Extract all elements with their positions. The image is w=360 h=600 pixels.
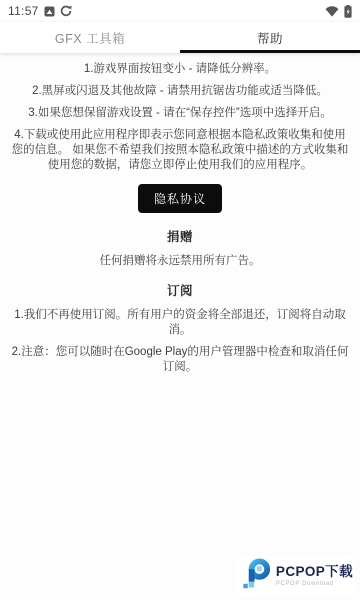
help-item-3: 3.如果您想保留游戏设置 - 请在“保存控件”选项中选择开启。 [10, 106, 350, 121]
tab-help-label: 帮助 [257, 29, 283, 47]
subscription-item-1: 1.我们不再使用订阅。所有用户的资金将全部退还，订阅将自动取消。 [10, 308, 350, 338]
active-tab-indicator [180, 50, 360, 53]
wifi-icon [325, 6, 339, 17]
watermark-subtitle: PCPOP Download [276, 581, 353, 587]
privacy-policy-button[interactable]: 隐私协议 [138, 184, 222, 213]
clock-text: 11:57 [8, 4, 39, 18]
battery-charging-icon [344, 5, 352, 18]
app-screen: 11:57 GFX 工具箱 帮助 1.游戏界面按钮变小 - [0, 0, 360, 600]
tab-bar: GFX 工具箱 帮助 [0, 22, 360, 53]
pcpop-logo-icon [240, 557, 273, 595]
data-saver-icon [60, 5, 72, 17]
status-bar-right [325, 5, 352, 18]
help-item-2: 2.黑屏或闪退及其他故障 - 请禁用抗锯齿功能或适当降低。 [10, 84, 350, 99]
help-content: 1.游戏界面按钮变小 - 请降低分辨率。 2.黑屏或闪退及其他故障 - 请禁用抗… [0, 53, 360, 375]
subscription-title: 订阅 [10, 281, 350, 299]
status-bar-left: 11:57 [8, 4, 72, 18]
screenshot-notification-icon [44, 6, 55, 17]
tab-gfx-toolbox[interactable]: GFX 工具箱 [0, 22, 180, 53]
tab-help[interactable]: 帮助 [180, 22, 360, 53]
help-item-4: 4.下载或使用此应用程序即表示您同意根据本隐私政策收集和使用您的信息。 如果您不… [10, 128, 350, 173]
donation-body: 任何捐赠将永远禁用所有广告。 [10, 254, 350, 269]
privacy-button-row: 隐私协议 [10, 184, 350, 213]
watermark-title: PCPOP下载 [276, 565, 353, 579]
subscription-item-2: 2.注意：您可以随时在Google Play的用户管理器中检查和取消任何订阅。 [10, 345, 350, 375]
pcpop-watermark: PCPOP下载 PCPOP Download [238, 556, 355, 596]
tab-gfx-toolbox-label: GFX 工具箱 [55, 29, 125, 47]
watermark-text: PCPOP下载 PCPOP Download [276, 565, 353, 587]
donation-title: 捐赠 [10, 227, 350, 245]
status-bar: 11:57 [0, 0, 360, 22]
help-item-1: 1.游戏界面按钮变小 - 请降低分辨率。 [10, 62, 350, 77]
